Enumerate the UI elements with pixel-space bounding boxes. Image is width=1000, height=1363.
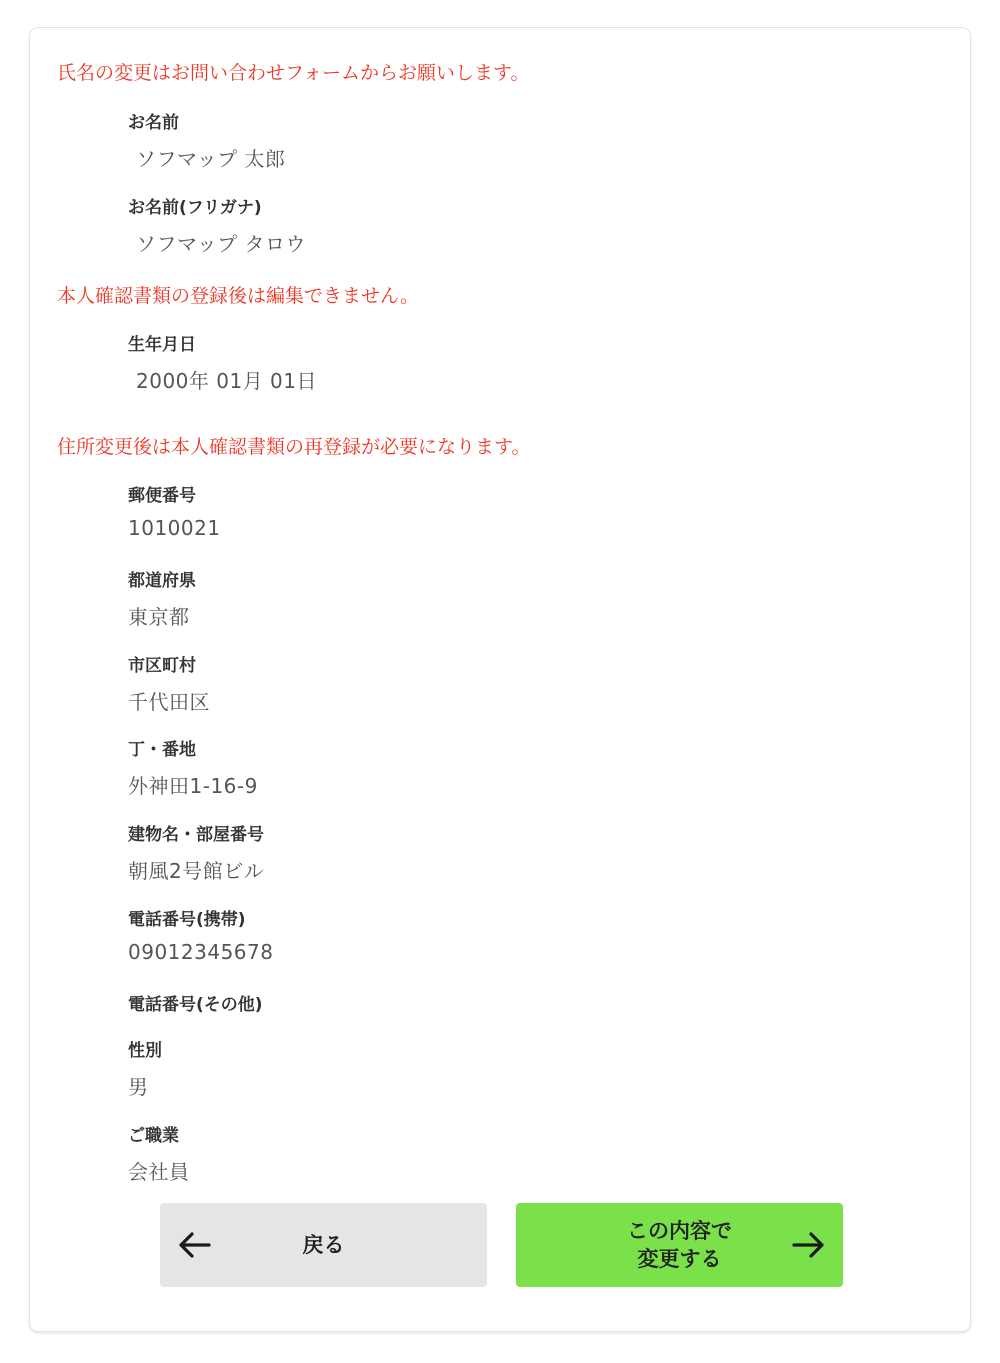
address-change-notice: 住所変更後は本人確認書類の再登録が必要になります。 bbox=[57, 432, 530, 459]
id-locked-notice: 本人確認書類の登録後は編集できません。 bbox=[57, 281, 419, 308]
arrow-right-icon bbox=[791, 1229, 827, 1261]
birthdate-value: 2000年 01月 01日 bbox=[136, 365, 317, 394]
city-value: 千代田区 bbox=[128, 686, 210, 715]
street-value: 外神田1-16-9 bbox=[128, 770, 258, 799]
name-label: お名前 bbox=[128, 108, 179, 133]
postal-code-value: 1010021 bbox=[128, 516, 221, 540]
name-value: ソフマップ 太郎 bbox=[136, 143, 286, 172]
name-change-notice: 氏名の変更はお問い合わせフォームからお願いします。 bbox=[57, 58, 530, 85]
name-kana-label: お名前(フリガナ) bbox=[128, 193, 262, 218]
gender-label: 性別 bbox=[128, 1036, 162, 1061]
phone-mobile-value: 09012345678 bbox=[128, 940, 273, 964]
birthdate-label: 生年月日 bbox=[128, 330, 196, 355]
back-button-label: 戻る bbox=[160, 1231, 487, 1259]
phone-mobile-label: 電話番号(携帯) bbox=[128, 905, 246, 930]
building-label: 建物名・部屋番号 bbox=[128, 820, 264, 845]
name-kana-value: ソフマップ タロウ bbox=[136, 228, 306, 257]
phone-other-label: 電話番号(その他) bbox=[128, 990, 263, 1015]
street-label: 丁・番地 bbox=[128, 735, 196, 760]
submit-label-line1: この内容で bbox=[556, 1217, 803, 1245]
submit-button-label: この内容で 変更する bbox=[556, 1217, 803, 1273]
building-value: 朝風2号館ビル bbox=[128, 855, 264, 884]
city-label: 市区町村 bbox=[128, 651, 196, 676]
back-button[interactable]: 戻る bbox=[160, 1203, 487, 1287]
occupation-value: 会社員 bbox=[128, 1156, 190, 1185]
submit-change-button[interactable]: この内容で 変更する bbox=[516, 1203, 843, 1287]
occupation-label: ご職業 bbox=[128, 1121, 179, 1146]
submit-label-line2: 変更する bbox=[556, 1245, 803, 1273]
gender-value: 男 bbox=[128, 1071, 149, 1100]
postal-code-label: 郵便番号 bbox=[128, 481, 196, 506]
prefecture-value: 東京都 bbox=[128, 601, 190, 630]
profile-confirm-card: 氏名の変更はお問い合わせフォームからお願いします。 お名前 ソフマップ 太郎 お… bbox=[29, 27, 971, 1332]
prefecture-label: 都道府県 bbox=[128, 566, 196, 591]
